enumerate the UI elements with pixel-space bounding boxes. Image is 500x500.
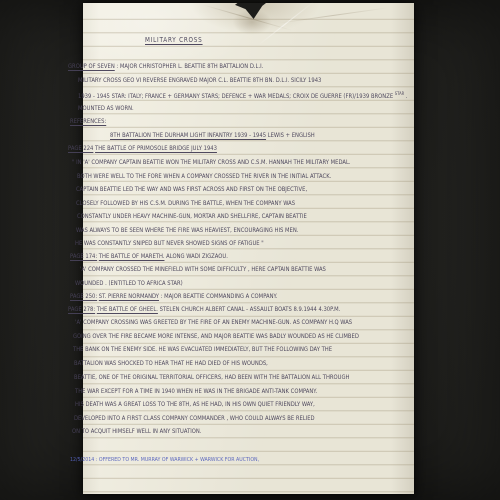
document-title: MILITARY CROSS	[145, 36, 203, 44]
handwritten-segment: DEVELOPED INTO A FIRST CLASS COMPANY COM…	[74, 415, 315, 422]
handwritten-segment: 'A' COMPANY CROSSED THE MINEFIELD WITH S…	[80, 266, 326, 273]
handwritten-line: MILITARY CROSS GEO VI REVERSE ENGRAVED M…	[78, 77, 321, 85]
handwritten-line: PAGE 278: THE BATTLE OF GHEEL. STELEN CH…	[68, 306, 340, 314]
handwritten-segment: WOUNDED . (ENTITLED TO AFRICA STAR)	[75, 280, 183, 287]
handwritten-line: PAGE 174: THE BATTLE OF MARETH. ALONG WA…	[70, 253, 228, 261]
handwritten-line: WAS ALWAYS TO BE SEEN WHERE THE FIRE WAS…	[76, 227, 298, 235]
handwritten-segment: : MAJOR CHRISTOPHER L. BEATTIE 8TH BATTA…	[115, 63, 264, 70]
handwritten-line: THE WAR EXCEPT FOR A TIME IN 1940 WHEN H…	[75, 388, 317, 396]
handwritten-line: BEATTIE, ONE OF THE ORIGINAL TERRITORIAL…	[74, 374, 349, 382]
handwritten-segment: GROUP OF SEVEN	[68, 63, 115, 70]
handwritten-segment: THE BATTLE OF GHEEL.	[97, 306, 158, 313]
auction-annotation: 12/5/2014 : OFFERED TO MR. MURRAY OF WAR…	[70, 456, 259, 464]
handwritten-segment: ON TO ACQUIT HIMSELF WELL IN ANY SITUATI…	[72, 428, 202, 435]
handwritten-segment: CAPTAIN BEATTIE LED THE WAY AND WAS FIRS…	[76, 186, 307, 193]
handwritten-line: WOUNDED . (ENTITLED TO AFRICA STAR)	[75, 280, 183, 288]
handwritten-segment: " IN 'A' COMPANY CAPTAIN BEATTIE WON THE…	[72, 159, 351, 166]
handwritten-segment: REFERENCES:	[70, 118, 106, 125]
handwritten-segment: THE WAR EXCEPT FOR A TIME IN 1940 WHEN H…	[75, 388, 317, 395]
handwritten-line: ON TO ACQUIT HIMSELF WELL IN ANY SITUATI…	[72, 428, 202, 436]
handwritten-segment: LEWIS + ENGLISH	[266, 132, 315, 139]
handwritten-segment: MILITARY CROSS GEO VI REVERSE ENGRAVED M…	[78, 77, 321, 84]
handwritten-line: THE BANK ON THE ENEMY SIDE. HE WAS EVACU…	[73, 346, 332, 354]
handwritten-segment: BOTH WERE WELL TO THE FORE WHEN A COMPAN…	[77, 173, 331, 180]
handwritten-segment: PAGE 224	[68, 145, 93, 152]
handwritten-line: REFERENCES:	[70, 118, 106, 126]
handwritten-segment: CONSTANTLY UNDER HEAVY MACHINE-GUN, MORT…	[77, 213, 307, 220]
handwritten-segment: 'A' COMPANY CROSSING WAS GREETED BY THE …	[75, 319, 352, 326]
handwritten-segment: HIS DEATH WAS A GREAT LOSS TO THE 8TH, A…	[75, 401, 315, 408]
handwritten-text: MILITARY CROSSGROUP OF SEVEN : MAJOR CHR…	[0, 0, 500, 500]
handwritten-segment: WAS ALWAYS TO BE SEEN WHERE THE FIRE WAS…	[76, 227, 298, 234]
handwritten-segment: BEATTIE, ONE OF THE ORIGINAL TERRITORIAL…	[74, 374, 349, 381]
handwritten-line: CAPTAIN BEATTIE LED THE WAY AND WAS FIRS…	[76, 186, 307, 194]
handwritten-line: 8TH BATTALION THE DURHAM LIGHT INFANTRY …	[110, 132, 315, 140]
handwritten-segment: HE WAS CONSTANTLY SNIPED BUT NEVER SHOWE…	[75, 240, 264, 247]
handwritten-line: HIS DEATH WAS A GREAT LOSS TO THE 8TH, A…	[75, 401, 315, 409]
handwritten-segment: THE BATTLE OF PRIMOSOLE BRIDGE JULY 1943	[95, 145, 217, 152]
handwritten-line: " IN 'A' COMPANY CAPTAIN BEATTIE WON THE…	[72, 159, 351, 167]
handwritten-line: DEVELOPED INTO A FIRST CLASS COMPANY COM…	[74, 415, 315, 423]
handwritten-segment: PAGE 174:	[70, 253, 97, 260]
handwritten-segment: STELEN CHURCH ALBERT CANAL - ASSAULT BOA…	[158, 306, 340, 313]
handwritten-segment: 8TH BATTALION THE DURHAM LIGHT INFANTRY …	[110, 132, 266, 139]
handwritten-line: 'A' COMPANY CROSSED THE MINEFIELD WITH S…	[80, 266, 326, 274]
handwritten-line: PAGE 224 THE BATTLE OF PRIMOSOLE BRIDGE …	[68, 145, 217, 153]
handwritten-segment: ST. PIERRE NORMANDY	[99, 293, 159, 300]
handwritten-line: 'A' COMPANY CROSSING WAS GREETED BY THE …	[75, 319, 352, 327]
handwritten-line: 1939 - 1945 STAR: ITALY; FRANCE + GERMAN…	[78, 91, 408, 101]
handwritten-segment: BATTALION WAS SHOCKED TO HEAR THAT HE HA…	[74, 360, 268, 367]
handwritten-segment: GOING OVER THE FIRE BECAME MORE INTENSE,…	[73, 333, 359, 340]
handwritten-line: PAGE 250: ST. PIERRE NORMANDY : MAJOR BE…	[70, 293, 277, 301]
handwritten-line: BATTALION WAS SHOCKED TO HEAR THAT HE HA…	[74, 360, 268, 368]
handwritten-segment: THE BANK ON THE ENEMY SIDE. HE WAS EVACU…	[73, 346, 332, 353]
handwritten-segment: 1939 - 1945 STAR: ITALY; FRANCE + GERMAN…	[78, 93, 395, 100]
handwritten-segment: MOUNTED AS WORN.	[78, 105, 134, 112]
handwritten-line: CONSTANTLY UNDER HEAVY MACHINE-GUN, MORT…	[77, 213, 307, 221]
handwritten-line: HE WAS CONSTANTLY SNIPED BUT NEVER SHOWE…	[75, 240, 264, 248]
handwritten-line: CLOSELY FOLLOWED BY HIS C.S.M. DURING TH…	[76, 200, 295, 208]
handwritten-segment: ALONG WADI ZIGZAOU.	[164, 253, 227, 260]
handwritten-segment: : MAJOR BEATTIE COMMANDING A COMPANY.	[159, 293, 277, 300]
photo-backdrop: MILITARY CROSSGROUP OF SEVEN : MAJOR CHR…	[0, 0, 500, 500]
handwritten-segment: .	[404, 93, 407, 100]
handwritten-segment: STAR	[395, 92, 404, 97]
handwritten-segment: THE BATTLE OF MARETH.	[99, 253, 165, 260]
handwritten-segment: 12/5/2014 : OFFERED TO MR. MURRAY OF WAR…	[70, 457, 259, 463]
handwritten-line: MOUNTED AS WORN.	[78, 105, 134, 113]
handwritten-segment: MILITARY CROSS	[145, 36, 203, 44]
handwritten-line: GOING OVER THE FIRE BECAME MORE INTENSE,…	[73, 333, 359, 341]
handwritten-segment: CLOSELY FOLLOWED BY HIS C.S.M. DURING TH…	[76, 200, 295, 207]
handwritten-line: BOTH WERE WELL TO THE FORE WHEN A COMPAN…	[77, 173, 331, 181]
handwritten-line: GROUP OF SEVEN : MAJOR CHRISTOPHER L. BE…	[68, 63, 263, 71]
handwritten-segment: PAGE 250:	[70, 293, 97, 300]
handwritten-segment: PAGE 278:	[68, 306, 95, 313]
